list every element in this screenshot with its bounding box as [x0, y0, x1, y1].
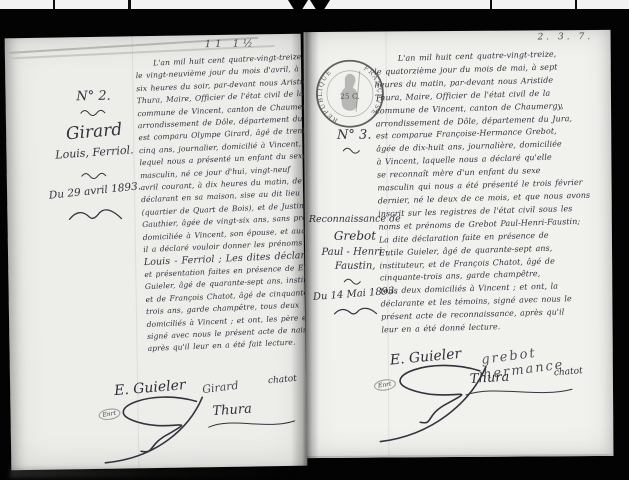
- scan-smudge: [10, 468, 300, 478]
- registration-triangle-icon: [288, 0, 308, 16]
- margin-date-line: Du 29 avril 1893.: [47, 180, 144, 202]
- film-tick-icon: [128, 0, 131, 9]
- margin-name-line: Girard: [45, 118, 142, 146]
- flourish-line-icon: [341, 146, 367, 154]
- film-tick-icon: [575, 0, 577, 9]
- signature-witness-chatot: chatot: [268, 374, 298, 386]
- paraph-flourish-icon: [96, 391, 217, 465]
- flourish-line-icon: [80, 171, 110, 179]
- signature-witness-chatot: chatot: [554, 366, 584, 378]
- signature-mayor-thura: Thura: [212, 402, 252, 420]
- svg-text:RÉPUBLIQUE: RÉPUBLIQUE: [317, 68, 339, 123]
- flourish-line-icon: [79, 108, 109, 116]
- flourish-line-icon: [342, 277, 368, 285]
- pencil-marks: 11 1½: [205, 38, 257, 50]
- right-page: 2. 3. 7. RÉPUBLIQUE FRANÇAISE 25 C. N° 3…: [304, 30, 614, 458]
- stamp-text-republique: RÉPUBLIQUE: [317, 68, 339, 123]
- registration-triangle-icon: [310, 0, 330, 16]
- act-number: N° 2.: [45, 88, 141, 105]
- act-body-text: L'an mil huit cent quatre-vingt-treize, …: [374, 47, 614, 337]
- paraph-flourish-icon: [370, 359, 501, 445]
- margin-name-line: Louis, Ferriol.: [46, 143, 143, 162]
- act-body-text: L'an mil huit cent quatre-vingt-treize, …: [135, 51, 320, 356]
- flourish-line-icon: [67, 209, 123, 224]
- flourish-line-icon: [332, 308, 378, 318]
- microfilm-scan-frame: 11 1½ N° 2. Girard Louis, Ferriol. Du 29…: [0, 0, 629, 480]
- signature-underline-icon: [207, 418, 297, 431]
- margin-annotation: N° 2. Girard Louis, Ferriol. Du 29 avril…: [45, 88, 143, 223]
- film-tick-icon: [53, 0, 55, 9]
- page-number: 2. 3. 7.: [538, 32, 594, 42]
- left-page: 11 1½ N° 2. Girard Louis, Ferriol. Du 29…: [5, 34, 308, 471]
- stamp-value: 25 C.: [340, 92, 360, 101]
- film-tick-icon: [490, 0, 492, 9]
